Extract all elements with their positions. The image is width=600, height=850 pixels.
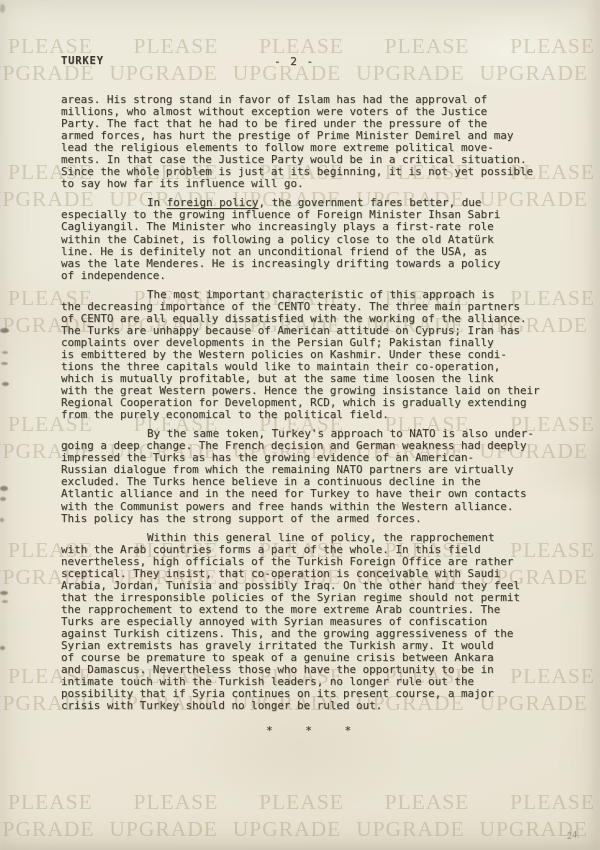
watermark-word: PLEASE — [134, 792, 219, 814]
paragraph-4: By the same token, Turkey's approach to … — [61, 428, 561, 524]
margin-smudge — [2, 351, 8, 354]
margin-smudge — [2, 600, 8, 603]
document-title: TURKEY — [61, 55, 104, 67]
margin-smudge — [0, 646, 5, 650]
watermark-word: PLEASE — [8, 792, 93, 814]
page-number: - 2 - — [274, 55, 315, 68]
watermark-word: PLEASE — [510, 792, 595, 814]
paragraph-1: areas. His strong stand in favor of Isla… — [61, 94, 561, 190]
paragraph-1-text: areas. His strong stand in favor of Isla… — [61, 94, 561, 190]
paragraph-3: The most important characteristic of thi… — [61, 289, 561, 422]
watermark-word: PLEASE — [134, 36, 219, 58]
watermark-word: UPGRADE — [479, 63, 588, 85]
paragraph-5-text: Within this general line of policy, the … — [61, 532, 561, 713]
watermark-word: PLEASE — [385, 36, 470, 58]
underlined-phrase: foreign policy — [167, 196, 259, 209]
watermark-word: UPGRADE — [356, 819, 465, 841]
margin-smudge — [1, 362, 8, 365]
document-body: areas. His strong stand in favor of Isla… — [61, 94, 561, 719]
asterisk-separator: * * * — [266, 724, 352, 737]
watermark-word: UPGRADE — [109, 63, 218, 85]
watermark-word: UPGRADE — [233, 819, 342, 841]
margin-smudge — [0, 328, 9, 333]
margin-smudge — [0, 518, 4, 522]
paragraph-2-pre-text: In — [147, 196, 167, 209]
paragraph-2-post-text: , the government fares better, due — [258, 196, 481, 209]
paragraph-3-text: The most important characteristic of thi… — [61, 289, 561, 422]
watermark-word: PLEASE — [510, 36, 595, 58]
paragraph-2-text: especially to the growing influence of F… — [61, 209, 561, 281]
margin-smudge — [0, 486, 8, 491]
watermark-word: UPGRADE — [356, 63, 465, 85]
handwritten-page-mark: 24. — [566, 829, 580, 842]
watermark-word: UPGRADE — [109, 819, 218, 841]
watermark-row: PLEASEPLEASEPLEASEPLEASEPLEASE — [8, 792, 595, 814]
margin-smudge — [0, 4, 5, 13]
watermark-word: PLEASE — [259, 792, 344, 814]
paragraph-5: Within this general line of policy, the … — [61, 532, 561, 713]
watermark-word: UPGRADE — [0, 819, 95, 841]
margin-smudge — [2, 382, 9, 386]
paragraph-4-text: By the same token, Turkey's approach to … — [61, 428, 561, 524]
watermark-row: UPGRADEUPGRADEUPGRADEUPGRADEUPGRADE — [0, 819, 588, 841]
paragraph-2: In foreign policy, the government fares … — [61, 197, 561, 281]
margin-smudge — [0, 497, 6, 501]
scanned-document-page: PLEASEPLEASEPLEASEPLEASEPLEASEUPGRADEUPG… — [0, 0, 600, 850]
watermark-word: PLEASE — [385, 792, 470, 814]
margin-smudge — [0, 591, 8, 595]
